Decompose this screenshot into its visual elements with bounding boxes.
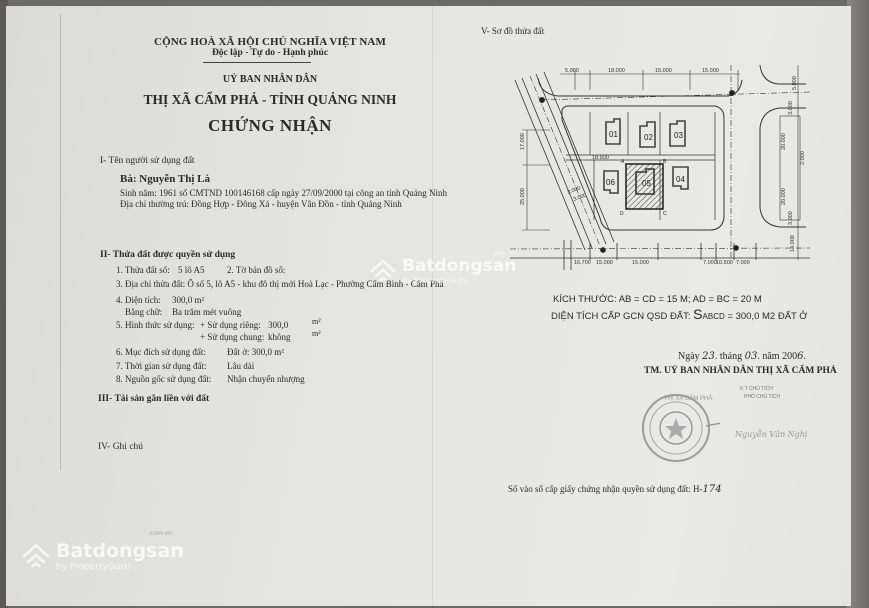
batdongsan-logo-icon [20,542,52,570]
watermark-sub: by PropertyGuru [402,276,468,285]
private-use-value: 300,0 [268,320,288,330]
lot-label-04: 04 [676,175,685,184]
date-month-label: tháng [720,351,742,362]
stamp-line-2: PHÓ CHỦ TỊCH [744,394,780,400]
dimensions-text: KÍCH THƯỚC: AB = CD = 15 M; AD = BC = 20… [553,294,762,305]
batdongsan-logo-icon [368,258,398,284]
origin-value: Nhận chuyển nhượng [227,374,305,384]
dim-bottom-1: 16.700 [574,260,591,266]
owner-birth-id: Sinh năm: 1961 số CMTND 100146168 cấp ng… [120,188,447,198]
committee-name: UỶ BAN NHÂN DÂN [120,74,420,85]
origin-label: 8. Nguồn gốc sử dụng đất: [116,374,211,384]
lot-label-01: 01 [609,130,618,139]
watermark-brand: Batdongsan [56,540,184,562]
shared-use-unit: m² [312,329,321,338]
watermark-domain: .com.vn [492,250,516,257]
dim-right-7: 14.000 [790,235,796,252]
area-in-words: Ba trăm mét vuông [172,307,241,317]
parcel-number: 5 lô A5 [178,265,205,275]
corner-d: D [620,211,624,217]
lot-label-03: 03 [674,131,683,140]
issuing-authority: TM. UỶ BAN NHÂN DÂN THỊ XÃ CẨM PHẢ [644,366,837,376]
section-5-heading: V- Sơ đồ thửa đất [481,26,544,36]
lot-label-06: 06 [606,178,615,187]
stamp-line-1: K.T CHỦ TỊCH [740,386,773,392]
area-label: 4. Diện tích: [116,295,161,305]
signing-date: Ngày 23. tháng 03. năm 2006. [678,351,806,362]
republic-header: CỘNG HOÀ XÃ HỘI CHỦ NGHĨA VIỆT NAM [120,36,420,48]
lot-label-02: 02 [644,133,653,142]
registry-line: Số vào sổ cấp giấy chứng nhận quyền sử d… [508,484,722,495]
corner-c: C [663,211,667,217]
dim-bottom-3: 15.000 [632,260,649,266]
dim-bottom-6: 7.000 [736,260,750,266]
seal-text: THỊ XÃ CẨM PHẢ [664,395,712,402]
section-4-heading: IV- Ghi chú [98,442,143,452]
dim-right-2: 3.000 [788,101,794,115]
duration-label: 7. Thời gian sử dụng đất: [116,361,206,371]
official-seal: THỊ XÃ CẨM PHẢ [640,388,720,468]
owner-name: Bà: Nguyễn Thị Là [120,173,210,185]
motto: Độc lập - Tự do - Hạnh phúc [120,48,420,58]
private-use-label: + Sử dụng riêng: [200,320,261,330]
date-day: 23 [702,351,715,362]
date-year-digit: 6 [797,351,803,362]
usage-form-label: 5. Hình thức sử dụng: [116,320,195,330]
land-plot-diagram: 5.000 18.000 15.000 15.000 18.900 3.000 … [510,60,810,270]
purpose-label: 6. Mục đích sử dụng đất: [116,347,206,357]
area-value: 300,0 m² [172,295,204,305]
section-2-heading: II- Thửa đất được quyền sử dụng [100,250,235,260]
dim-bottom-5: 10.500 [716,260,733,266]
dim-top-1: 5.000 [565,68,579,74]
section-1-heading: I- Tên người sử dụng đất [100,156,195,166]
header-divider [203,62,311,63]
dim-right-4: 2.000 [800,151,806,165]
duration-value: Lâu dài [227,361,254,371]
shared-use-label: + Sử dụng chung: [200,332,264,342]
signer-signature: Nguyễn Văn Nghị [735,430,807,439]
map-sheet-label: 2. Tờ bản đồ số: [227,265,285,275]
private-use-unit: m² [312,317,321,326]
area-subscript: ABCD [703,312,725,321]
purpose-value: Đất ở: 300,0 m² [227,347,284,357]
dim-bottom-4: 7.000 [703,260,717,266]
dim-bottom-2: 15.000 [596,260,613,266]
dim-top-2: 18.000 [608,68,625,74]
locality-name: THỊ XÃ CẨM PHẢ - TỈNH QUẢNG NINH [100,92,440,108]
shared-use-value: không [268,332,291,342]
watermark-brand: Batdongsan [402,256,516,276]
dim-left-1: 17.000 [520,133,526,150]
date-prefix: Ngày [678,351,700,362]
dim-right-5: 20.000 [781,188,787,205]
area-suffix: = 300,0 M2 ĐẤT Ở [727,311,807,322]
registry-number: 174 [702,484,721,495]
area-prefix: DIỆN TÍCH CẤP GCN QSD ĐẤT: [551,311,691,322]
dim-right-3: 20.000 [781,133,787,150]
registry-label: Số vào sổ cấp giấy chứng nhận quyền sử d… [508,484,691,494]
date-month: 03 [745,351,758,362]
certified-area-text: DIỆN TÍCH CẤP GCN QSD ĐẤT: SABCD = 300,0… [551,306,807,322]
dim-right-6: 3.000 [788,211,794,225]
dim-top-4: 15.000 [702,68,719,74]
owner-address: Địa chỉ thường trú: Đồng Hợp - Đông Xá -… [120,199,402,209]
dim-left-2: 25.000 [520,188,526,205]
dim-top-3: 15.000 [655,68,672,74]
dim-road-2: 3.000 [573,193,588,203]
area-symbol: S [693,306,702,322]
document-title: CHỨNG NHẬN [120,116,420,136]
area-in-words-label: Bằng chữ: [125,307,162,317]
parcel-number-label: 1. Thửa đất số: [116,265,170,275]
date-year-label: năm 200 [762,351,797,362]
lot-label-05: 05 [642,179,651,188]
watermark-sub: by PropertyGuru [56,562,130,572]
dim-right-1: 5.000 [792,76,798,90]
section-3-heading: III- Tài sản gắn liền với đất [98,394,209,404]
dim-inner: 18.900 [592,155,609,161]
watermark-domain: .com.vn [148,530,172,537]
